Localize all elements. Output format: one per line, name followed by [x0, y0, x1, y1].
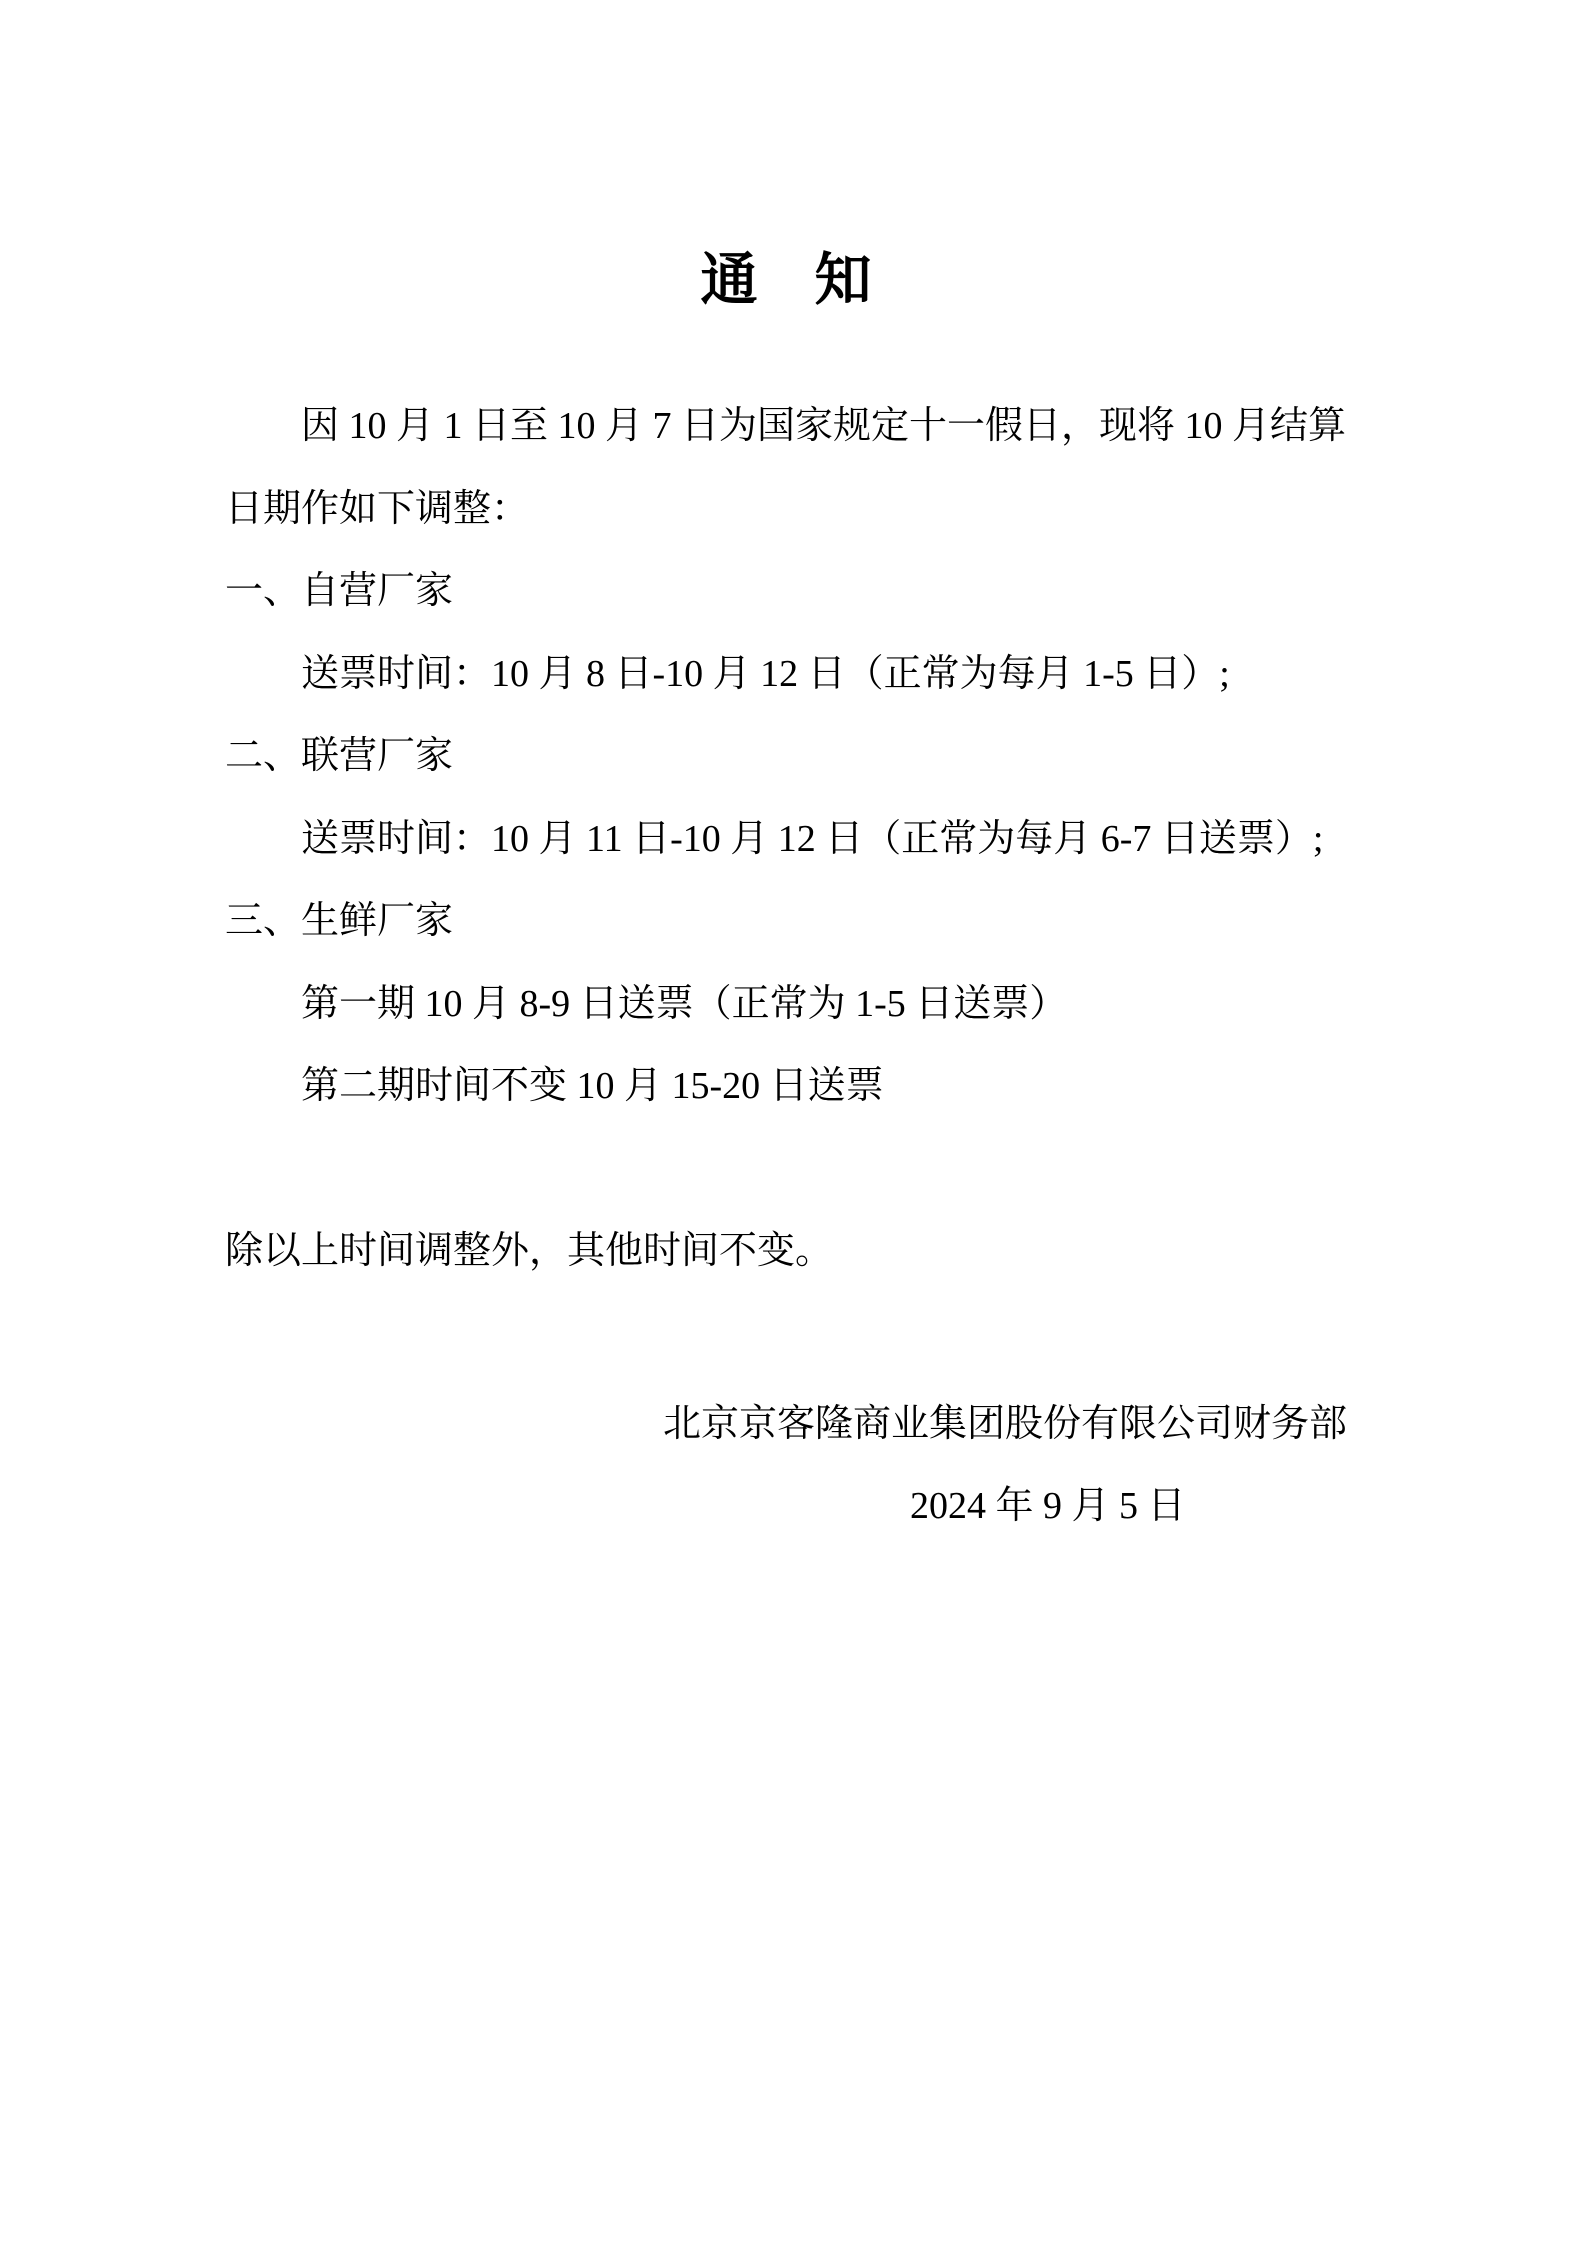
intro-line-1: 因 10 月 1 日至 10 月 7 日为国家规定十一假日，现将 10 月结算 [225, 385, 1347, 468]
section-3-line-2: 第二期时间不变 10 月 15-20 日送票 [225, 1045, 1347, 1128]
section-3-heading: 三、生鲜厂家 [225, 880, 1347, 963]
date-line: 2024 年 9 月 5 日 [910, 1465, 1347, 1548]
notice-body: 因 10 月 1 日至 10 月 7 日为国家规定十一假日，现将 10 月结算 … [225, 385, 1347, 1548]
section-3-line-1: 第一期 10 月 8-9 日送票（正常为 1-5 日送票） [225, 963, 1347, 1046]
section-2-heading: 二、联营厂家 [225, 715, 1347, 798]
section-1-heading: 一、自营厂家 [225, 550, 1347, 633]
notice-title: 通 知 [225, 0, 1347, 312]
section-2-line-1: 送票时间：10 月 11 日-10 月 12 日（正常为每月 6-7 日送票）; [225, 798, 1347, 881]
signature-line: 北京京客隆商业集团股份有限公司财务部 [225, 1383, 1347, 1466]
notice-document: 通 知 因 10 月 1 日至 10 月 7 日为国家规定十一假日，现将 10 … [0, 0, 1587, 2245]
intro-line-2: 日期作如下调整： [225, 468, 1347, 551]
section-1-line-1: 送票时间：10 月 8 日-10 月 12 日（正常为每月 1-5 日）; [225, 633, 1347, 716]
closing-line: 除以上时间调整外，其他时间不变。 [225, 1210, 1347, 1293]
